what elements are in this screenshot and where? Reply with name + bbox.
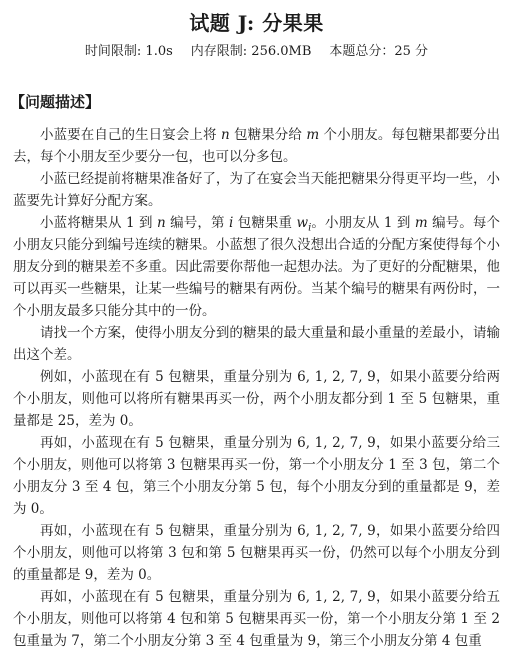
math-variable: m [415,215,428,231]
paragraph: 再如，小蓝现在有 5 包糖果，重量分别为 6, 1, 2, 7, 9，如果小蓝要… [13,520,500,586]
paragraph: 请找一个方案，使得小朋友分到的糖果的最大重量和最小重量的差最小，请输出这个差。 [13,322,500,366]
paragraph: 再如，小蓝现在有 5 包糖果，重量分别为 6, 1, 2, 7, 9，如果小蓝要… [13,586,500,652]
limits-bar: 时间限制: 1.0s 内存限制: 256.0MB 本题总分：25 分 [0,44,513,60]
math-subscript: i [308,223,311,234]
math-variable: n [157,215,166,231]
math-variable: w [297,215,309,231]
math-variable: m [306,127,319,143]
math-variable: i [229,215,233,231]
paragraph: 例如，小蓝现在有 5 包糖果，重量分别为 6, 1, 2, 7, 9，如果小蓝要… [13,366,500,432]
time-limit: 时间限制: 1.0s [85,44,173,60]
section-heading: 【问题描述】 [10,93,500,112]
page-title: 试题 J: 分果果 [0,0,513,35]
problem-statement-page: 试题 J: 分果果 时间限制: 1.0s 内存限制: 256.0MB 本题总分：… [0,0,513,667]
total-score: 本题总分：25 分 [329,44,428,60]
paragraph: 小蓝已经提前将糖果准备好了，为了在宴会当天能把糖果分得更平均一些，小蓝要先计算好… [13,168,500,212]
memory-limit: 内存限制: 256.0MB [191,44,312,60]
paragraph: 小蓝要在自己的生日宴会上将 n 包糖果分给 m 个小朋友。每包糖果都要分出去，每… [13,124,500,168]
problem-body: 【问题描述】小蓝要在自己的生日宴会上将 n 包糖果分给 m 个小朋友。每包糖果都… [13,93,500,652]
section-paragraphs: 小蓝要在自己的生日宴会上将 n 包糖果分给 m 个小朋友。每包糖果都要分出去，每… [13,124,500,652]
paragraph: 再如，小蓝现在有 5 包糖果，重量分别为 6, 1, 2, 7, 9，如果小蓝要… [13,432,500,520]
math-variable: n [221,127,230,143]
paragraph: 小蓝将糖果从 1 到 n 编号，第 i 包糖果重 wi。小朋友从 1 到 m 编… [13,212,500,322]
